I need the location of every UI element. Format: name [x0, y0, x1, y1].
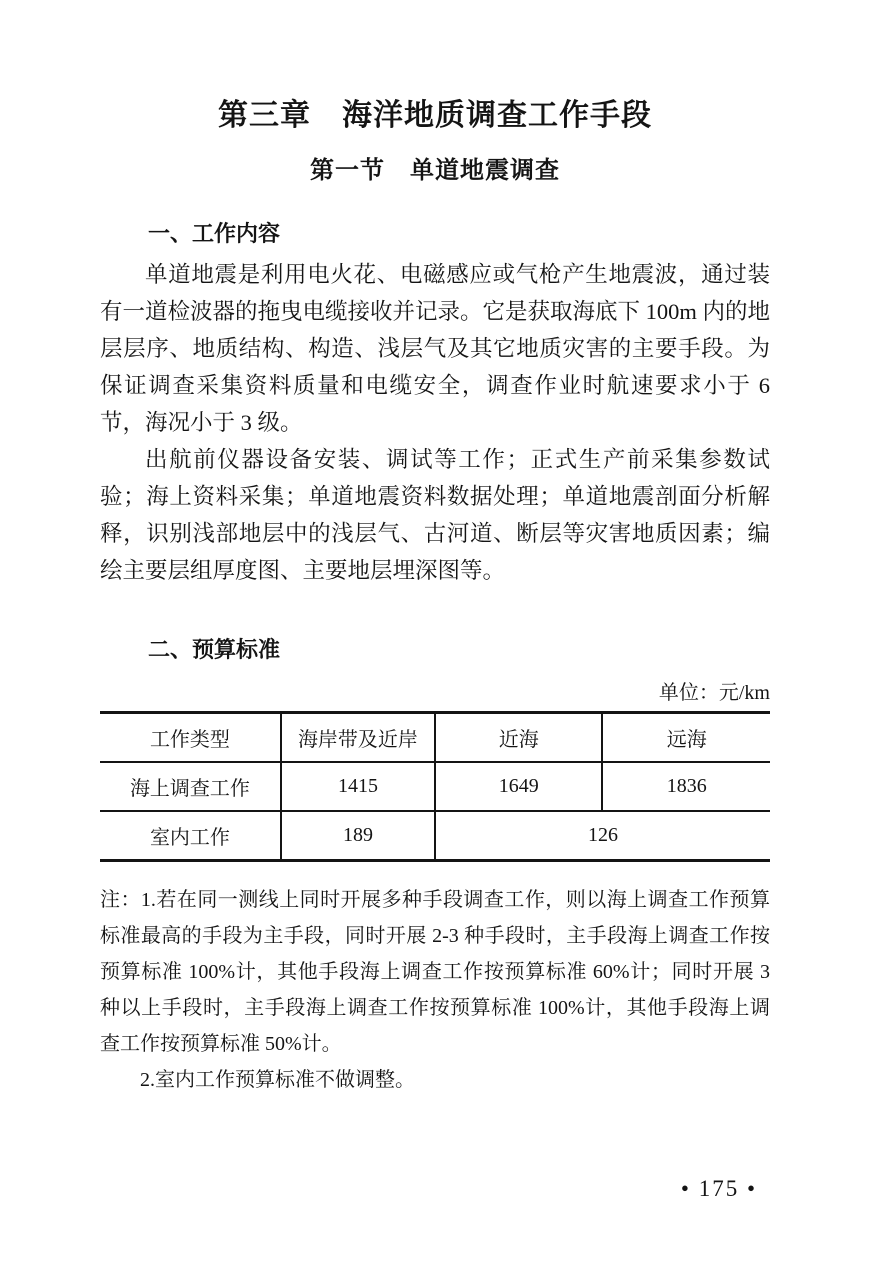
- table-row-sea-survey: 海上调查工作 1415 1649 1836: [100, 762, 770, 811]
- footnote-2: 2.室内工作预算标准不做调整。: [100, 1062, 770, 1098]
- cell-row-label: 海上调查工作: [100, 762, 281, 811]
- budget-table: 工作类型 海岸带及近岸 近海 远海 海上调查工作 1415 1649 1836 …: [100, 711, 770, 862]
- page-number: • 175 •: [681, 1176, 757, 1202]
- scanned-book-page: 第三章 海洋地质调查工作手段 第一节 单道地震调查 一、工作内容 单道地震是利用…: [0, 0, 869, 1276]
- table-header-row: 工作类型 海岸带及近岸 近海 远海: [100, 713, 770, 763]
- table-row-indoor-work: 室内工作 189 126: [100, 811, 770, 861]
- table-unit-label: 单位：元/km: [100, 676, 770, 705]
- cell-value: 1649: [435, 762, 603, 811]
- paragraph-work-description: 单道地震是利用电火花、电磁感应或气枪产生地震波，通过装有一道检波器的拖曳电缆接收…: [100, 256, 770, 441]
- cell-value-merged: 126: [435, 811, 770, 861]
- cell-row-label: 室内工作: [100, 811, 281, 861]
- heading-work-content: 一、工作内容: [148, 217, 770, 248]
- section-title: 第一节 单道地震调查: [100, 150, 770, 185]
- header-work-type: 工作类型: [100, 713, 281, 763]
- chapter-title: 第三章 海洋地质调查工作手段: [100, 0, 770, 134]
- header-coastal: 海岸带及近岸: [281, 713, 435, 763]
- header-offshore: 近海: [435, 713, 603, 763]
- heading-budget-standard: 二、预算标准: [148, 633, 770, 664]
- text-column: 第三章 海洋地质调查工作手段 第一节 单道地震调查 一、工作内容 单道地震是利用…: [100, 0, 770, 1098]
- cell-value: 189: [281, 811, 435, 861]
- footnote-1: 注：1.若在同一测线上同时开展多种手段调查工作，则以海上调查工作预算标准最高的手…: [100, 882, 770, 1062]
- header-deepsea: 远海: [602, 713, 770, 763]
- cell-value: 1415: [281, 762, 435, 811]
- cell-value: 1836: [602, 762, 770, 811]
- footnotes: 注：1.若在同一测线上同时开展多种手段调查工作，则以海上调查工作预算标准最高的手…: [100, 882, 770, 1098]
- paragraph-work-tasks: 出航前仪器设备安装、调试等工作；正式生产前采集参数试验；海上资料采集；单道地震资…: [100, 441, 770, 589]
